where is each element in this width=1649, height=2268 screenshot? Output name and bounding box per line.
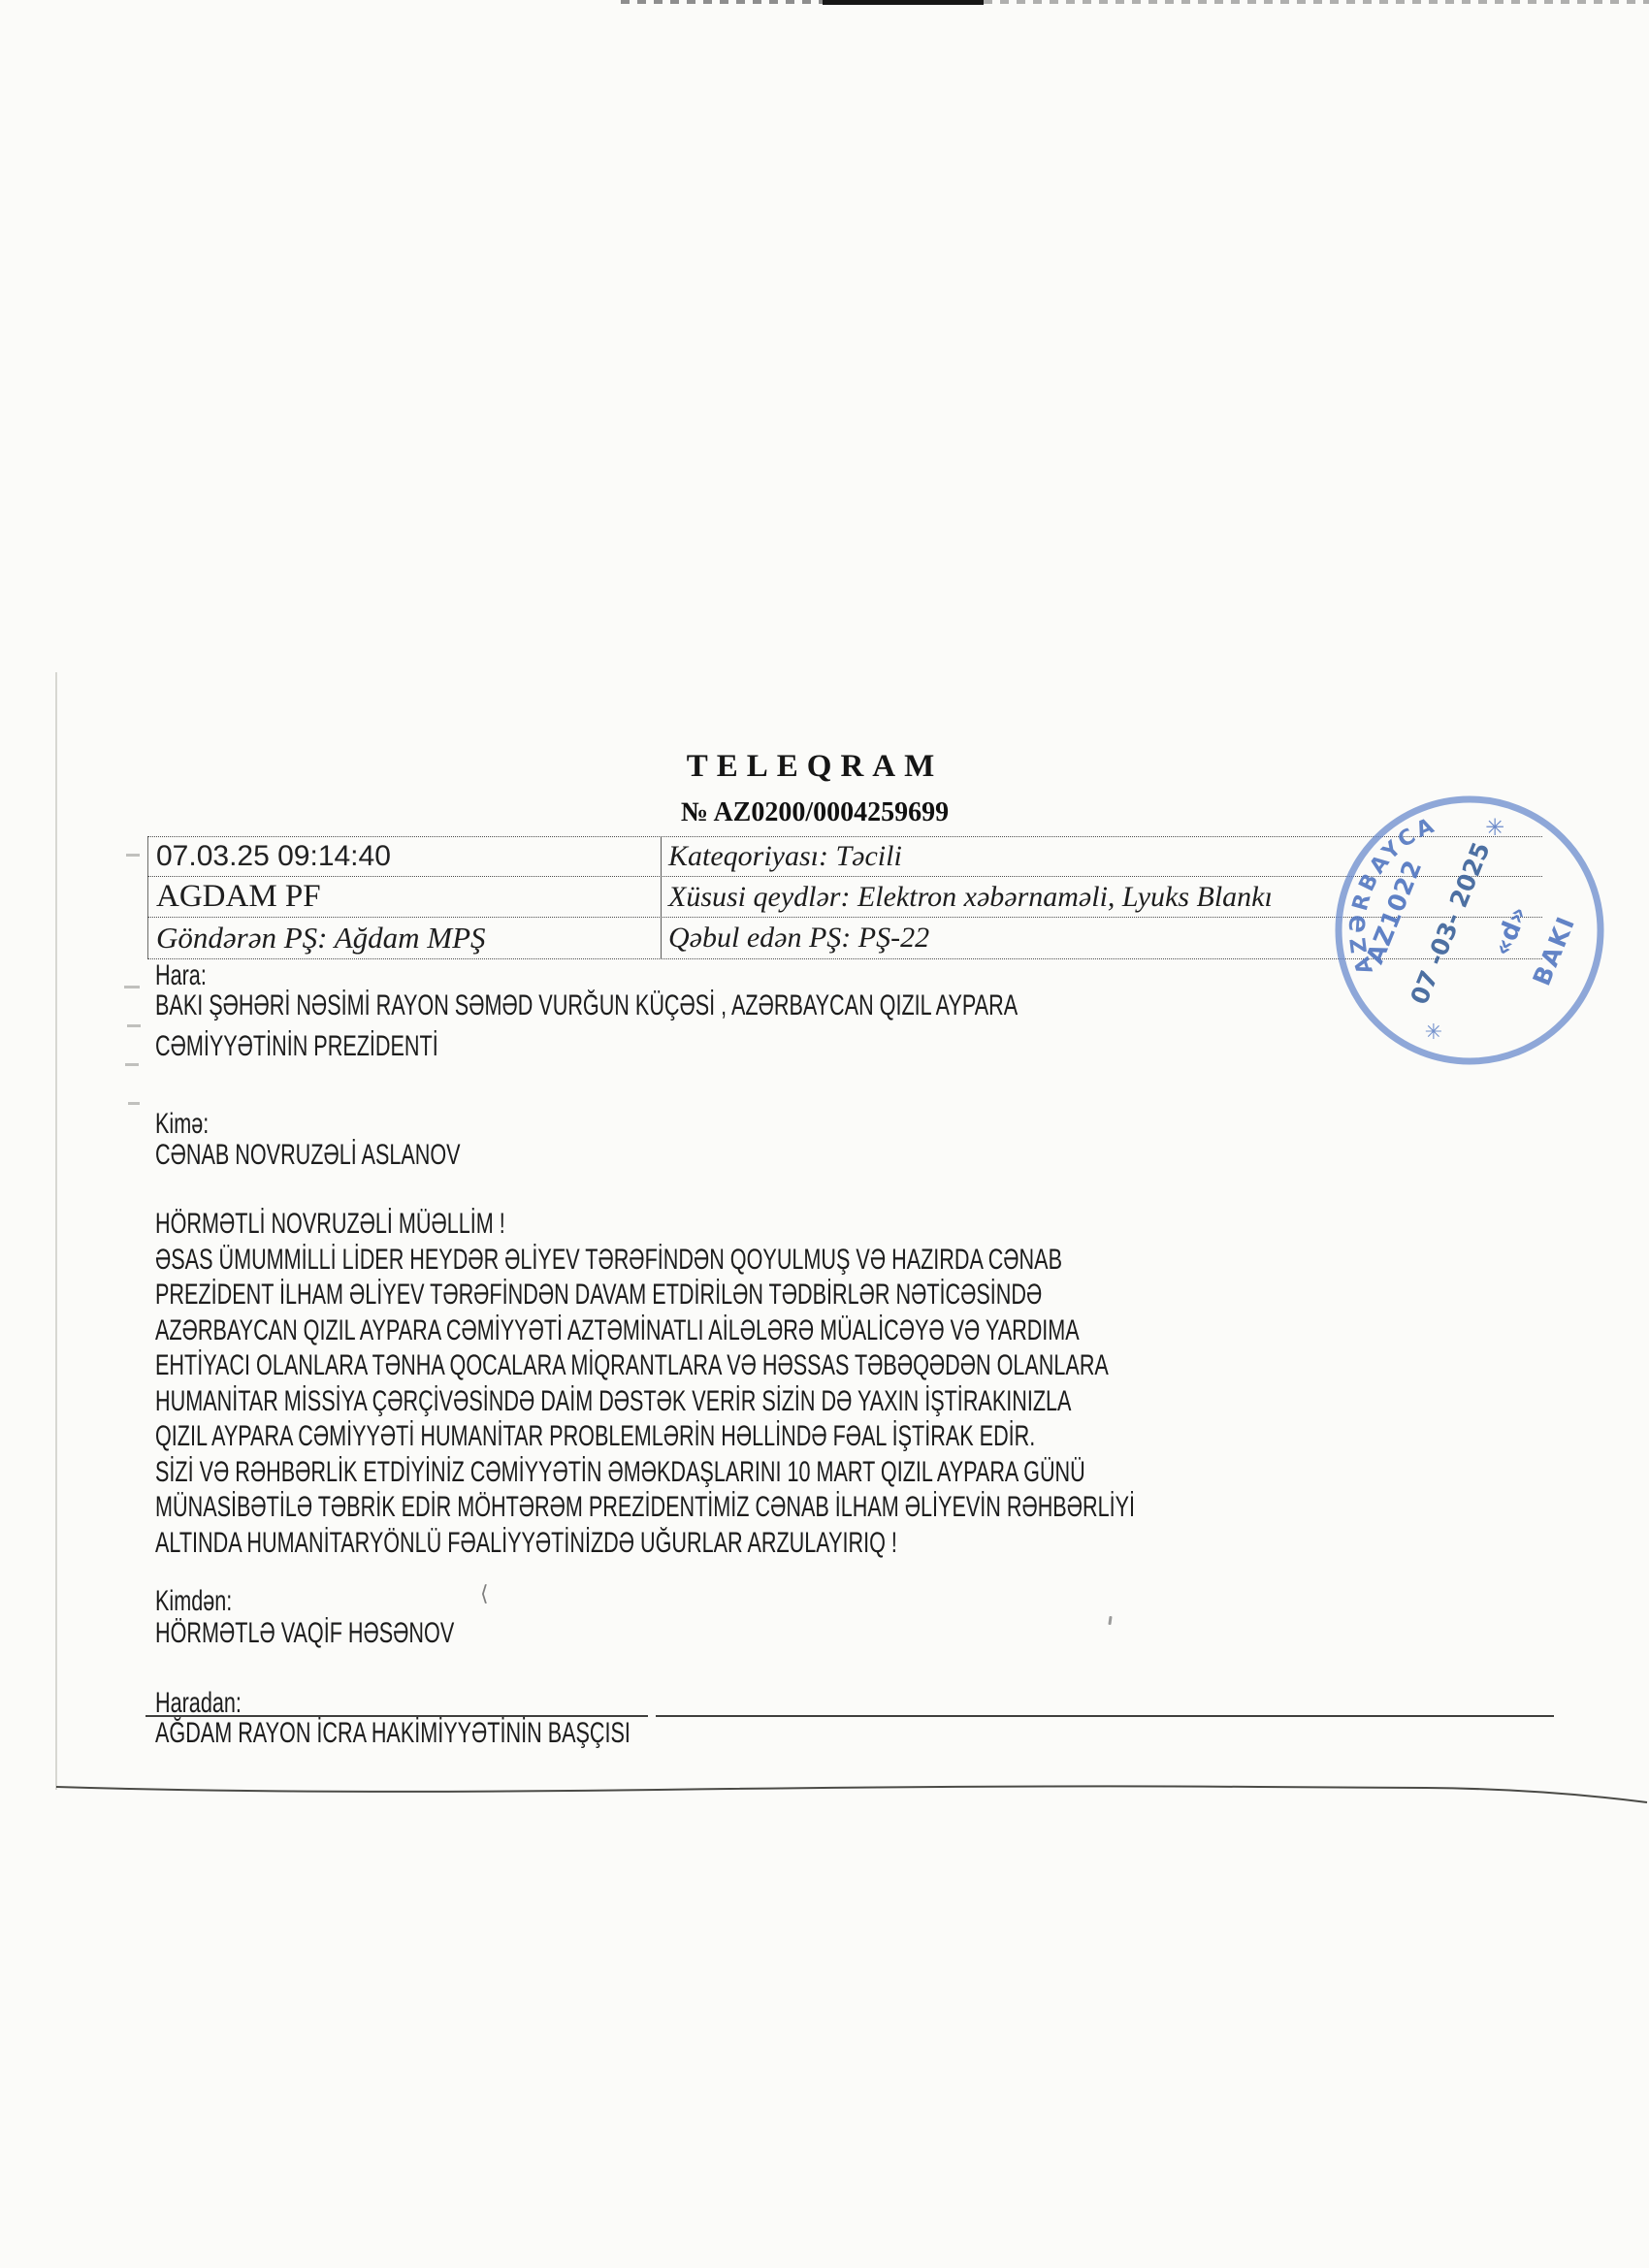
body-line: MÜNASİBƏTİLƏ TƏBRİK EDİR MÖHTƏRƏM PREZİD… <box>155 1493 1135 1522</box>
body-line: EHTİYACI OLANLARA TƏNHA QOCALARA MİQRANT… <box>155 1351 1109 1380</box>
stamp-city-text: BAKI <box>1528 912 1581 989</box>
paper-bottom-edge <box>56 1781 1649 1806</box>
stray-tick <box>1108 1616 1112 1625</box>
special-notes: Xüsusi qeydlər: Elektron xəbərnaməli, Ly… <box>668 881 1273 914</box>
signature-rule <box>656 1715 1554 1717</box>
datetime-value: 07.03.25 09:14:40 <box>156 840 391 873</box>
sender-title: AĞDAM RAYON İCRA HAKİMİYYƏTİNİN BAŞÇISI <box>155 1719 630 1748</box>
stamp-star-icon: ✳ <box>1485 814 1504 841</box>
body-line: HÖRMƏTLİ NOVRUZƏLİ MÜƏLLİM ! <box>155 1210 505 1239</box>
margin-tick <box>128 1102 140 1105</box>
stray-mark: ⟨ <box>480 1581 489 1606</box>
recipient-name: CƏNAB NOVRUZƏLİ ASLANOV <box>155 1141 461 1170</box>
body-line: AZƏRBAYCAN QIZIL AYPARA CƏMİYYƏTİ AZTƏMİ… <box>155 1316 1080 1345</box>
scan-artifact-top-left <box>621 0 824 4</box>
sender-name: HÖRMƏTLƏ VAQİF HƏSƏNOV <box>155 1619 454 1648</box>
haradan-label: Haradan: <box>155 1689 242 1718</box>
kime-label: Kimə: <box>155 1110 209 1139</box>
margin-tick <box>126 854 140 857</box>
body-line: HUMANİTAR MİSSİYA ÇƏRÇİVƏSİNDƏ DAİM DƏST… <box>155 1387 1071 1416</box>
kimden-label: Kimdən: <box>155 1587 232 1616</box>
scan-artifact-top-center <box>823 0 984 5</box>
postal-stamp: AZƏRBAYCAN ✳ ✳ AZ1022 07 -03- 2025 «d» B… <box>1332 793 1607 1068</box>
telegram-title: TELEQRAM <box>0 749 1630 785</box>
address-line: CƏMİYYƏTİNİN PREZİDENTİ <box>155 1032 438 1061</box>
body-line: ƏSAS ÜMUMMİLLİ LİDER HEYDƏR ƏLİYEV TƏRƏF… <box>155 1246 1062 1275</box>
body-line: SİZİ VƏ RƏHBƏRLİK ETDİYİNİZ CƏMİYYƏTİN Ə… <box>155 1458 1085 1487</box>
category-value: Kateqoriyası: Təcili <box>668 840 902 873</box>
paper-left-edge <box>55 672 57 1790</box>
sender-post-office: Göndərən PŞ: Ağdam MPŞ <box>156 921 486 956</box>
body-line: PREZİDENT İLHAM ƏLİYEV TƏRƏFİNDƏN DAVAM … <box>155 1280 1042 1310</box>
margin-tick <box>124 986 140 988</box>
receiver-post-office: Qəbul edən PŞ: PŞ-22 <box>668 922 929 955</box>
hara-label: Hara: <box>155 961 207 990</box>
origin-office: AGDAM PF <box>156 879 321 915</box>
scanned-telegram-page: TELEQRAM № AZ0200/0004259699 07.03.25 09… <box>0 0 1649 2268</box>
margin-tick <box>125 1063 139 1066</box>
scan-artifact-top-right <box>984 0 1649 4</box>
address-line: BAKI ŞƏHƏRİ NƏSİMİ RAYON SƏMƏD VURĞUN KÜ… <box>155 991 1018 1021</box>
body-line: QIZIL AYPARA CƏMİYYƏTİ HUMANİTAR PROBLEM… <box>155 1422 1035 1451</box>
body-line: ALTINDA HUMANİTARYÖNLÜ FƏALİYYƏTİNİZDƏ U… <box>155 1529 897 1558</box>
stamp-star-icon: ✳ <box>1425 1021 1442 1045</box>
stamp-index-letter: «d» <box>1488 902 1534 960</box>
margin-tick <box>127 1024 141 1027</box>
